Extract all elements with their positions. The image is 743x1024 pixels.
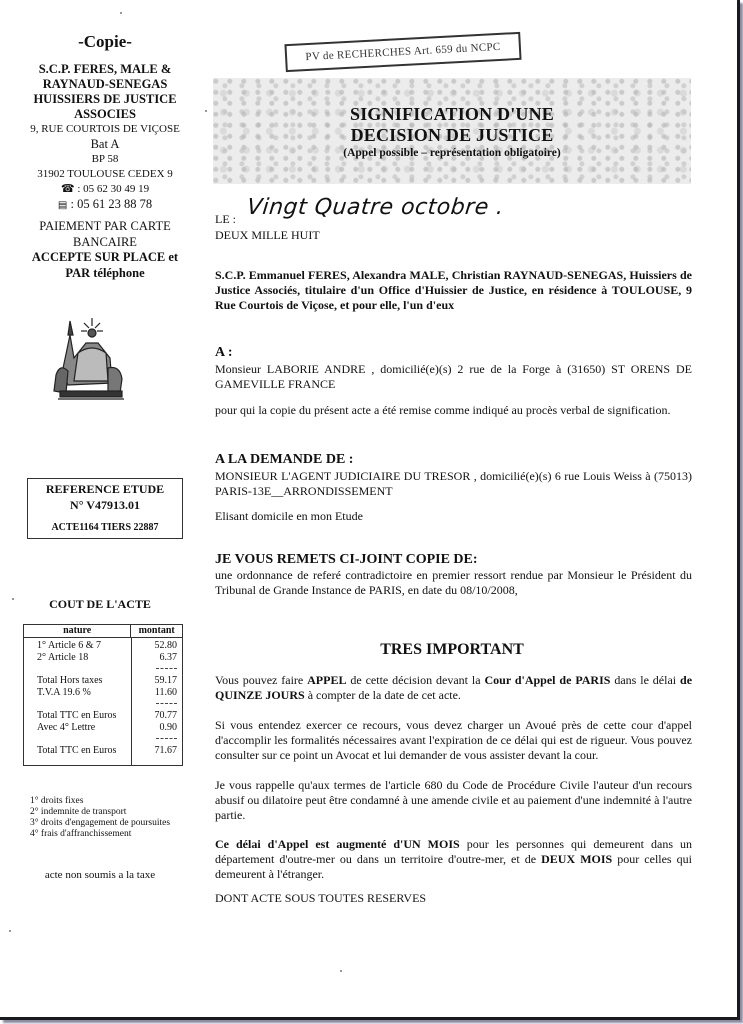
cost-row: Total TTC en Euros71.67 xyxy=(24,745,182,757)
title-line1: SIGNIFICATION D'UNE xyxy=(213,104,691,125)
cost-nature: Total Hors taxes xyxy=(24,675,131,687)
subtotal-divider xyxy=(156,738,177,739)
cost-row: Total TTC en Euros70.77 xyxy=(24,710,182,722)
firm-fax: : 05 61 23 88 78 xyxy=(70,197,152,211)
cost-table-header: nature montant xyxy=(24,625,182,638)
cost-amount: 6.37 xyxy=(131,652,182,664)
firm-po-box: BP 58 xyxy=(0,152,210,167)
date-year: DEUX MILLE HUIT xyxy=(215,228,320,243)
firm-city: 31902 TOULOUSE CEDEX 9 xyxy=(0,167,210,182)
pv-stamp: PV de RECHERCHES Art. 659 du NCPC xyxy=(284,32,521,72)
payment-line1: PAIEMENT PAR CARTE xyxy=(0,219,210,235)
firm-role-line1: HUISSIERS DE JUSTICE xyxy=(0,92,210,107)
date-label: LE : xyxy=(215,212,236,227)
note-item: 2° indemnite de transport xyxy=(30,807,170,818)
header-nature: nature xyxy=(24,625,131,637)
marianne-emblem-icon xyxy=(48,313,128,413)
recipient-text: Monsieur LABORIE ANDRE , domicilié(e)(s)… xyxy=(215,362,692,392)
elisant-text: Elisant domicile en mon Etude xyxy=(215,509,692,524)
firm-street: 9, RUE COURTOIS DE VIÇOSE xyxy=(0,122,210,137)
telephone-icon: ☎ xyxy=(61,183,75,195)
document-subtitle: (Appel possible – représentation obligat… xyxy=(213,147,691,159)
cost-row: 1° Article 6 & 752.80 xyxy=(24,640,182,652)
appeal-text: Vous pouvez faire xyxy=(215,673,307,687)
cost-nature: 2° Article 18 xyxy=(24,652,131,664)
cost-title: COUT DE L'ACTE xyxy=(0,597,200,612)
recourse-paragraph: Si vous entendez exercer ce recours, vou… xyxy=(215,718,692,763)
firm-phone: : 05 62 30 49 19 xyxy=(77,183,149,195)
cost-nature: T.V.A 19.6 % xyxy=(24,687,131,699)
subtotal-divider xyxy=(156,703,177,704)
payment-line4: PAR téléphone xyxy=(0,266,210,282)
cost-nature: Avec 4° Lettre xyxy=(24,722,131,734)
cost-amount: 52.80 xyxy=(131,640,182,652)
cost-nature: Total TTC en Euros xyxy=(24,710,131,722)
appeal-text: à compter de la date de cet acte. xyxy=(305,688,461,702)
firm-name-line1: S.C.P. FERES, MALE & xyxy=(0,62,210,77)
payment-info: PAIEMENT PAR CARTE BANCAIRE ACCEPTE SUR … xyxy=(0,219,210,281)
fax-icon: ▤ xyxy=(58,200,67,211)
closing-statement: DONT ACTE SOUS TOUTES RESERVES xyxy=(215,891,692,906)
appeal-text: dans le délai xyxy=(610,673,680,687)
firm-fax-line: ▤ : 05 61 23 88 78 xyxy=(0,197,210,213)
reference-number: N° V47913.01 xyxy=(28,498,182,513)
cost-row: Avec 4° Lettre0.90 xyxy=(24,722,182,734)
reference-acte: ACTE1164 TIERS 22887 xyxy=(28,522,182,533)
requester-text: MONSIEUR L'AGENT JUDICIAIRE DU TRESOR , … xyxy=(215,469,692,499)
article-paragraph: Je vous rappelle qu'aux termes de l'arti… xyxy=(215,778,692,823)
cost-row: T.V.A 19.6 %11.60 xyxy=(24,687,182,699)
cost-amount: 70.77 xyxy=(131,710,182,722)
requester-heading: A LA DEMANDE DE : xyxy=(215,452,353,468)
cost-amount: 0.90 xyxy=(131,722,182,734)
firm-name-line2: RAYNAUD-SENEGAS xyxy=(0,77,210,92)
appeal-paragraph: Vous pouvez faire APPEL de cette décisio… xyxy=(215,673,692,703)
cost-table-body: 1° Article 6 & 752.802° Article 186.37To… xyxy=(24,638,182,765)
copy-text: une ordonnance de referé contradictoire … xyxy=(215,568,692,598)
delay-bold: Ce délai d'Appel est augmenté d'UN MOIS xyxy=(215,837,460,851)
firm-building: Bat A xyxy=(0,137,210,152)
bailiff-paragraph: S.C.P. Emmanuel FERES, Alexandra MALE, C… xyxy=(215,268,692,313)
title-line2: DECISION DE JUSTICE xyxy=(213,125,691,146)
note-item: 1° droits fixes xyxy=(30,796,170,807)
note-item: 3° droits d'engagement de poursuites xyxy=(30,818,170,829)
cost-row: Total Hors taxes59.17 xyxy=(24,675,182,687)
firm-info: S.C.P. FERES, MALE & RAYNAUD-SENEGAS HUI… xyxy=(0,62,210,213)
cost-amount: 59.17 xyxy=(131,675,182,687)
subtotal-divider xyxy=(156,668,177,669)
cost-amount: 11.60 xyxy=(131,687,182,699)
handwritten-date: Vingt Quatre octobre . xyxy=(246,195,505,220)
recipient-heading: A : xyxy=(215,345,233,361)
cost-row: 2° Article 186.37 xyxy=(24,652,182,664)
reference-box: REFERENCE ETUDE N° V47913.01 ACTE1164 TI… xyxy=(27,478,183,539)
firm-phone-line: ☎ : 05 62 30 49 19 xyxy=(0,182,210,197)
appeal-bold: APPEL xyxy=(307,673,346,687)
header-montant: montant xyxy=(131,625,182,637)
important-heading: TRES IMPORTANT xyxy=(213,641,691,659)
tax-note: acte non soumis a la taxe xyxy=(0,869,200,881)
cost-table: nature montant 1° Article 6 & 752.802° A… xyxy=(23,624,183,766)
delay-paragraph: Ce délai d'Appel est augmenté d'UN MOIS … xyxy=(215,837,692,882)
document-title: SIGNIFICATION D'UNE DECISION DE JUSTICE xyxy=(213,104,691,146)
reference-title: REFERENCE ETUDE xyxy=(28,482,182,497)
cost-amount: 71.67 xyxy=(131,745,182,757)
cost-nature: 1° Article 6 & 7 xyxy=(24,640,131,652)
firm-role-line2: ASSOCIES xyxy=(0,107,210,122)
cost-notes: 1° droits fixes 2° indemnite de transpor… xyxy=(30,796,170,840)
copy-label: -Copie- xyxy=(0,32,210,52)
copy-heading: JE VOUS REMETS CI-JOINT COPIE DE: xyxy=(215,552,478,568)
remise-text: pour qui la copie du présent acte a été … xyxy=(215,403,692,418)
delay-bold: DEUX MOIS xyxy=(541,852,612,866)
payment-line2: BANCAIRE xyxy=(0,235,210,251)
note-item: 4° frais d'affranchissement xyxy=(30,829,170,840)
document-page: -Copie- S.C.P. FERES, MALE & RAYNAUD-SEN… xyxy=(0,0,740,1020)
cost-nature: Total TTC en Euros xyxy=(24,745,131,757)
payment-line3: ACCEPTE SUR PLACE et xyxy=(0,250,210,266)
appeal-court: Cour d'Appel de PARIS xyxy=(484,673,610,687)
appeal-text: de cette décision devant la xyxy=(346,673,484,687)
